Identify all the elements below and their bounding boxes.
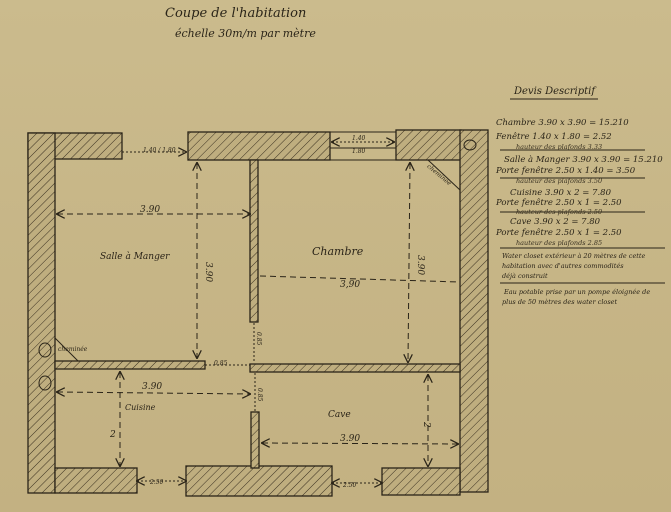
legend-sub-fenetre: hauteur des plafonds 3.33 <box>516 143 602 151</box>
dim-interior-door-cuisine: 0.85 <box>214 360 227 367</box>
legend-title: Devis Descriptif <box>514 86 595 97</box>
legend-row-porte-2: Porte fenêtre 2.50 x 1 = 2.50 <box>496 198 622 208</box>
legend-row-cave: Cave 3.90 x 2 = 7.80 <box>510 217 600 227</box>
floor-plan-sheet: Coupe de l'habitation échelle 30m/m par … <box>0 0 671 512</box>
dim-interior-door-upper: 0.85 <box>255 332 262 345</box>
dim-cave-width: 3.90 <box>340 434 360 444</box>
label-cheminee-left: cheminée <box>58 346 87 353</box>
legend-note-1-line-3: déjà construit <box>502 272 548 280</box>
room-label-cuisine: Cuisine <box>125 403 155 412</box>
dim-cuisine-width: 3.90 <box>142 382 162 392</box>
legend-note-1-line-2: habitation avec d'autres commodités <box>502 262 624 270</box>
room-label-chambre: Chambre <box>312 245 363 258</box>
legend-sub-porte-2: hauteur des plafonds 2.50 <box>516 208 602 216</box>
room-label-cave: Cave <box>328 410 351 420</box>
dim-top-window-top: 1.40 <box>352 135 365 142</box>
legend-row-salle: Salle à Manger 3.90 x 3.90 = 15.210 <box>504 155 663 165</box>
legend-note-2-line-2: plus de 50 mètres des water closet <box>502 298 617 306</box>
legend-note-2-line-1: Eau potable prise par un pompe éloignée … <box>504 288 650 296</box>
walls <box>28 130 488 496</box>
legend-note-1-line-1: Water closet extérieur à 20 mètres de ce… <box>502 252 645 260</box>
dim-cave-depth: 2 <box>421 422 431 428</box>
room-label-salle-a-manger: Salle à Manger <box>100 252 169 262</box>
legend-row-hauteur: hauteur des plafonds 2.85 <box>516 239 602 247</box>
legend-row-fenetre: Fenêtre 1.40 x 1.80 = 2.52 <box>496 132 612 142</box>
dim-bottom-left-door: 2.50 <box>150 479 163 486</box>
legend-row-cuisine: Cuisine 3.90 x 2 = 7.80 <box>510 188 611 198</box>
legend-row-chambre: Chambre 3.90 x 3.90 = 15.210 <box>496 118 629 128</box>
dim-interior-door-lower: 0.85 <box>256 388 263 401</box>
legend-sub-porte-1: hauteur des plafonds 3.50 <box>516 177 602 185</box>
legend-row-porte-3: Porte fenêtre 2.50 x 1 = 2.50 <box>496 228 622 238</box>
dim-cuisine-depth: 2 <box>110 430 116 440</box>
dim-bottom-right-door: 2.50 <box>343 482 356 489</box>
dim-top-window-bottom: 1.80 <box>352 148 365 155</box>
dim-salle-depth: 3.90 <box>203 262 213 282</box>
dim-top-left-window: 1.40 / 1.80 <box>143 147 176 154</box>
dim-salle-width: 3.90 <box>140 205 160 215</box>
dim-chambre-depth: 3.90 <box>415 255 425 275</box>
legend-row-porte-1: Porte fenêtre 2.50 x 1.40 = 3.50 <box>496 166 635 176</box>
dim-chambre-width: 3,90 <box>340 280 360 290</box>
